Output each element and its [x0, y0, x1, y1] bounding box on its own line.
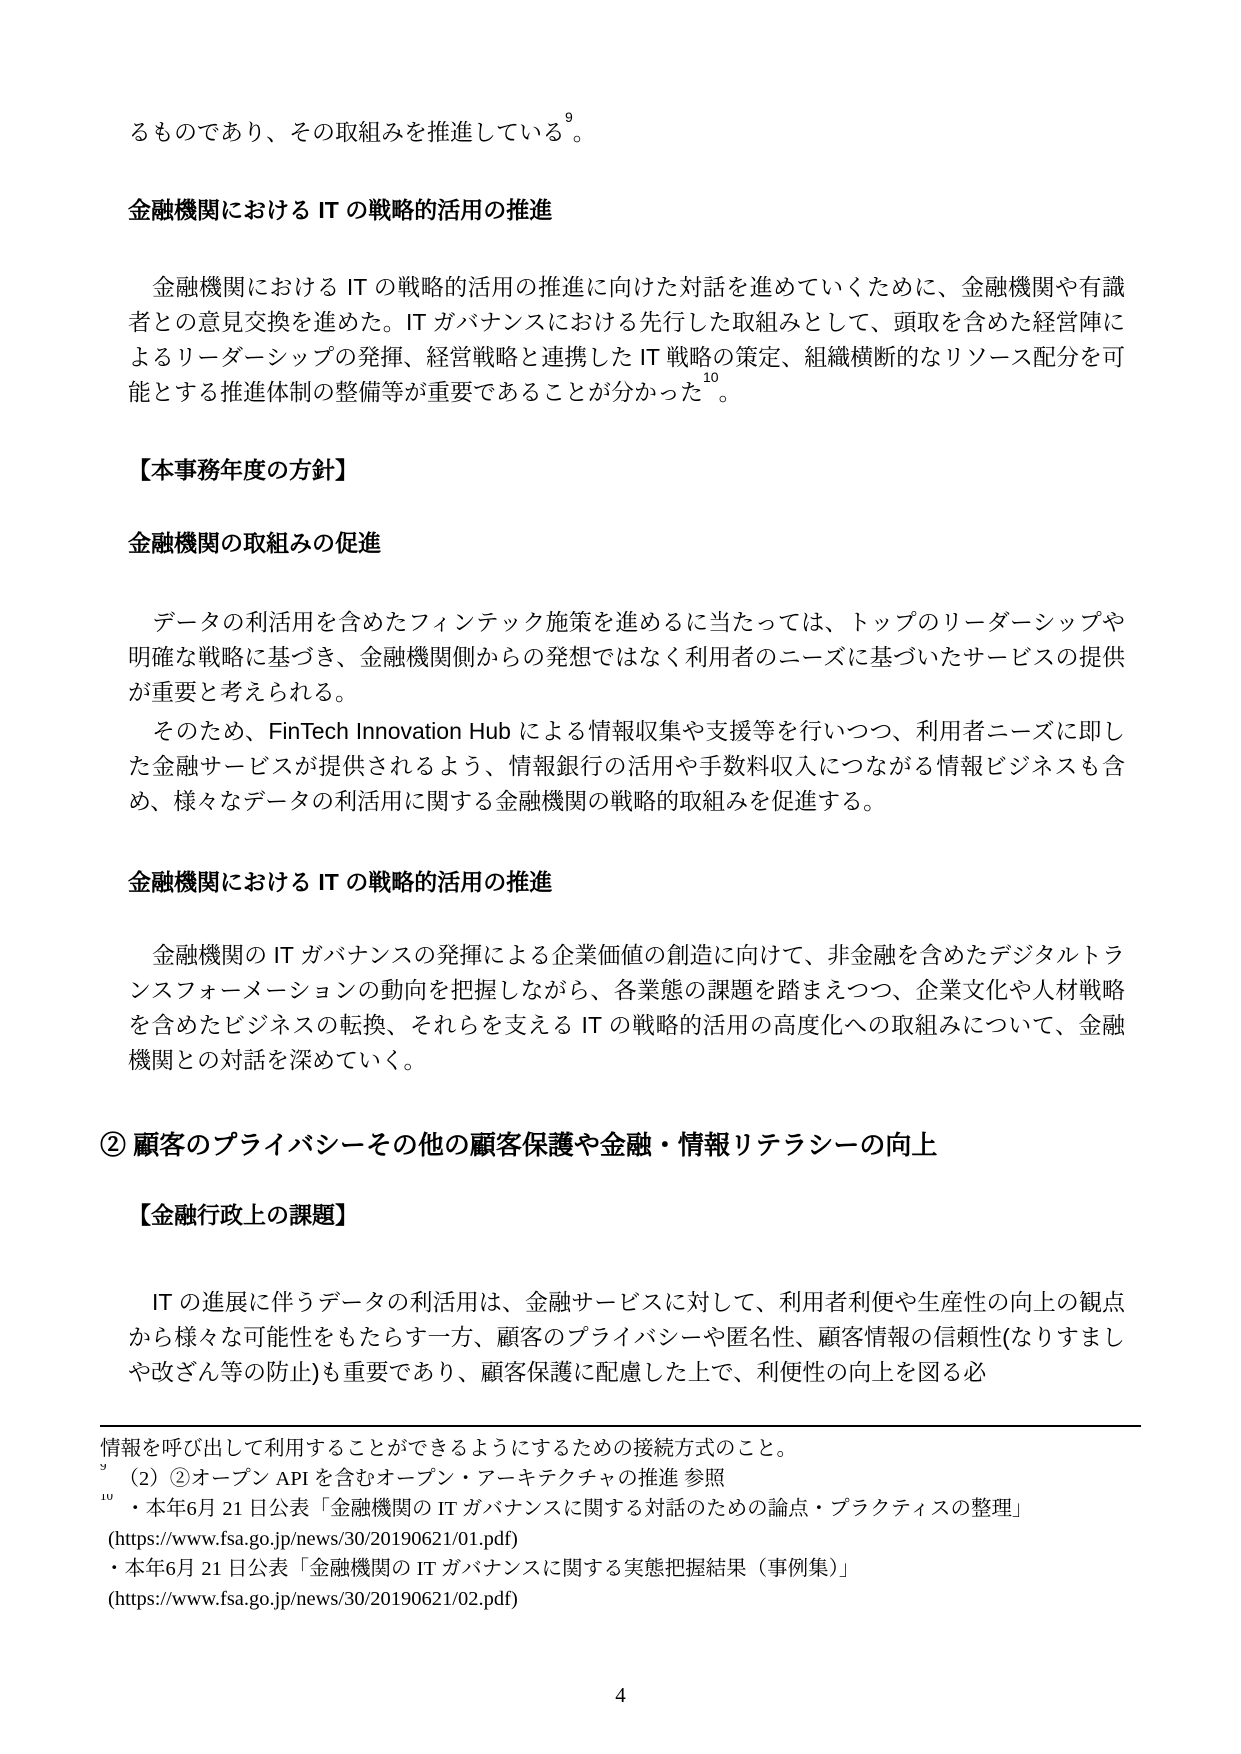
paragraph-it-dialogue: 金融機関における IT の戦略的活用の推進に向けた対話を進めていくために、金融機…	[128, 270, 1125, 410]
heading-financial-admin-issues: 【金融行政上の課題】	[128, 1198, 1141, 1233]
footnote-9-marker: 9	[100, 1464, 107, 1473]
paragraph-it-dialogue-text: 金融機関における IT の戦略的活用の推進に向けた対話を進めていくために、金融機…	[128, 274, 1125, 405]
paragraph-data-utilization: IT の進展に伴うデータの利活用は、金融サービスに対して、利用者利便や生産性の向…	[128, 1285, 1125, 1390]
paragraph-fintech-hub: そのため、FinTech Innovation Hub による情報収集や支援等を…	[128, 714, 1125, 819]
paragraph-fintech-leadership: データの利活用を含めたフィンテック施策を進めるに当たっては、トップのリーダーシッ…	[128, 605, 1125, 710]
footnote-10-item2: ・本年6月 21 日公表「金融機関の IT ガバナンスに関する実態把握結果（事例…	[100, 1554, 1141, 1584]
lead-period: 。	[573, 119, 596, 145]
footnote-section: 情報を呼び出して利用することができるようにするための接続方式のこと。 9（2）②…	[100, 1425, 1141, 1614]
paragraph-lead-continuation: るものであり、その取組みを推進している9。	[128, 115, 1125, 150]
footnote-10-url2: (https://www.fsa.go.jp/news/30/20190621/…	[100, 1584, 1141, 1614]
footnote-10-url1: (https://www.fsa.go.jp/news/30/20190621/…	[100, 1524, 1141, 1554]
footnote-8-continuation: 情報を呼び出して利用することができるようにするための接続方式のこと。	[100, 1434, 1141, 1464]
heading-fiscal-year-policy: 【本事務年度の方針】	[128, 453, 1141, 488]
document-body: るものであり、その取組みを推進している9。 金融機関における IT の戦略的活用…	[100, 115, 1141, 1390]
heading-section-2-customer-privacy-literacy: ② 顧客のプライバシーその他の顧客保護や金融・情報リテラシーの向上	[100, 1125, 1141, 1165]
heading-it-strategic-promotion-2: 金融機関における IT の戦略的活用の推進	[128, 865, 1141, 900]
heading-it-strategic-promotion-1: 金融機関における IT の戦略的活用の推進	[128, 193, 1141, 228]
paragraph-it-governance: 金融機関の IT ガバナンスの発揮による企業価値の創造に向けて、非金融を含めたデ…	[128, 938, 1125, 1078]
footnote-ref-9: 9	[565, 109, 573, 125]
document-page: るものであり、その取組みを推進している9。 金融機関における IT の戦略的活用…	[0, 0, 1241, 1754]
footnote-ref-10: 10	[703, 369, 719, 385]
lead-text: るものであり、その取組みを推進している	[128, 119, 565, 145]
footnote-10-item1: ・本年6月 21 日公表「金融機関の IT ガバナンスに関する対話のための論点・…	[125, 1498, 1032, 1520]
footnote-10-marker: 10	[100, 1494, 113, 1503]
footnote-9-text: （2）②オープン API を含むオープン・アーキテクチャの推進 参照	[119, 1468, 725, 1490]
paragraph-it-dialogue-period: 。	[719, 379, 742, 405]
footnote-10: 10・本年6月 21 日公表「金融機関の IT ガバナンスに関する対話のための論…	[100, 1494, 1141, 1524]
footnote-9: 9（2）②オープン API を含むオープン・アーキテクチャの推進 参照	[100, 1464, 1141, 1494]
heading-fi-initiative-promotion: 金融機関の取組みの促進	[128, 526, 1141, 561]
page-number: 4	[100, 1680, 1141, 1710]
